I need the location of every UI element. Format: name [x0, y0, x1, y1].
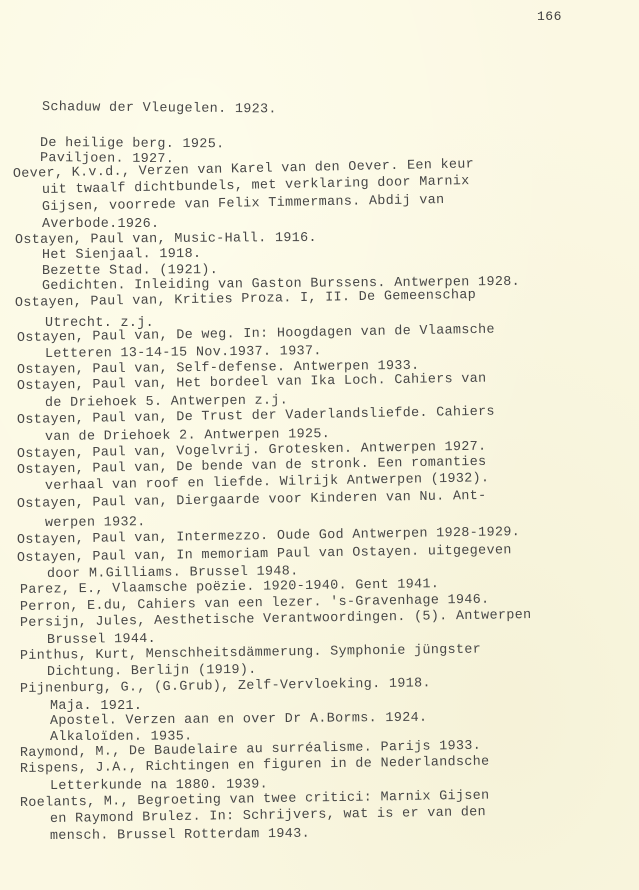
bibliography-line: werpen 1932. [45, 515, 146, 532]
bibliography-line: Averbode.1926. [42, 217, 159, 233]
bibliography-line: Apostel. Verzen aan en over Dr A.Borms. … [50, 711, 427, 730]
bibliography-line: Schaduw der Vleugelen. 1923. [42, 100, 277, 118]
page-number: 166 [537, 9, 562, 24]
bibliography-line: mensch. Brussel Rotterdam 1943. [50, 827, 310, 845]
bibliography-line: Het Sienjaal. 1918. [42, 247, 201, 264]
